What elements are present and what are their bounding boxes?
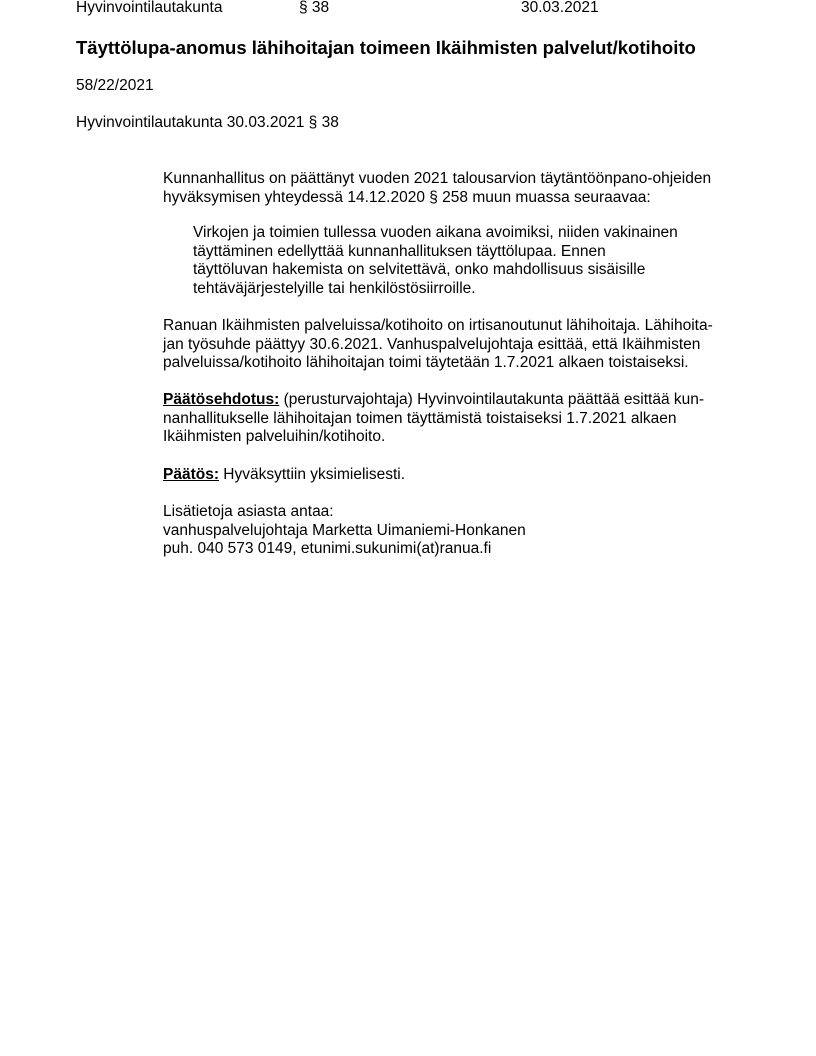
proposal-text: (perusturvajohtaja) Hyvinvointilautakunt… <box>279 391 704 408</box>
intro-line: hyväksymisen yhteydessä 14.12.2020 § 258… <box>163 189 753 208</box>
proposal-paragraph: Päätösehdotus: (perusturvajohtaja) Hyvin… <box>163 391 753 447</box>
contact-paragraph: Lisätietoja asiasta antaa: vanhuspalvelu… <box>163 503 753 559</box>
decision-paragraph: Päätös: Hyväksyttiin yksimielisesti. <box>163 466 753 485</box>
background-paragraph: Ranuan Ikäihmisten palveluissa/kotihoito… <box>163 317 753 373</box>
proposal-line: Päätösehdotus: (perusturvajohtaja) Hyvin… <box>163 391 753 410</box>
proposal-label: Päätösehdotus: <box>163 391 279 408</box>
contact-line: puh. 040 573 0149, etunimi.sukunimi(at)r… <box>163 540 753 559</box>
meeting-reference: Hyvinvointilautakunta 30.03.2021 § 38 <box>76 113 339 133</box>
quoted-paragraph: Virkojen ja toimien tullessa vuoden aika… <box>193 224 753 298</box>
document-header: Hyvinvointilautakunta § 38 30.03.2021 <box>76 0 776 18</box>
intro-paragraph: Kunnanhallitus on päättänyt vuoden 2021 … <box>163 170 753 207</box>
background-line: Ranuan Ikäihmisten palveluissa/kotihoito… <box>163 317 753 336</box>
quote-line: tehtäväjärjestelyille tai henkilöstösiir… <box>193 280 753 299</box>
intro-line: Kunnanhallitus on päättänyt vuoden 2021 … <box>163 170 753 189</box>
header-board-name: Hyvinvointilautakunta <box>76 0 222 18</box>
contact-line: Lisätietoja asiasta antaa: <box>163 503 753 522</box>
proposal-line: nanhallitukselle lähihoitajan toimen täy… <box>163 410 753 429</box>
background-line: jan työsuhde päättyy 30.6.2021. Vanhuspa… <box>163 336 753 355</box>
document-title: Täyttölupa-anomus lähihoitajan toimeen I… <box>76 36 696 60</box>
decision-text: Hyväksyttiin yksimielisesti. <box>219 466 405 483</box>
header-section-number: § 38 <box>299 0 329 18</box>
proposal-line: Ikäihmisten palveluihin/kotihoito. <box>163 428 753 447</box>
background-line: palveluissa/kotihoito lähihoitajan toimi… <box>163 354 753 373</box>
decision-label: Päätös: <box>163 466 219 483</box>
decision-line: Päätös: Hyväksyttiin yksimielisesti. <box>163 466 753 485</box>
case-number: 58/22/2021 <box>76 76 154 96</box>
contact-line: vanhuspalvelujohtaja Marketta Uimaniemi-… <box>163 522 753 541</box>
quote-line: täyttäminen edellyttää kunnanhallituksen… <box>193 243 753 262</box>
quote-line: täyttöluvan hakemista on selvitettävä, o… <box>193 261 753 280</box>
quote-line: Virkojen ja toimien tullessa vuoden aika… <box>193 224 753 243</box>
header-date: 30.03.2021 <box>521 0 599 18</box>
